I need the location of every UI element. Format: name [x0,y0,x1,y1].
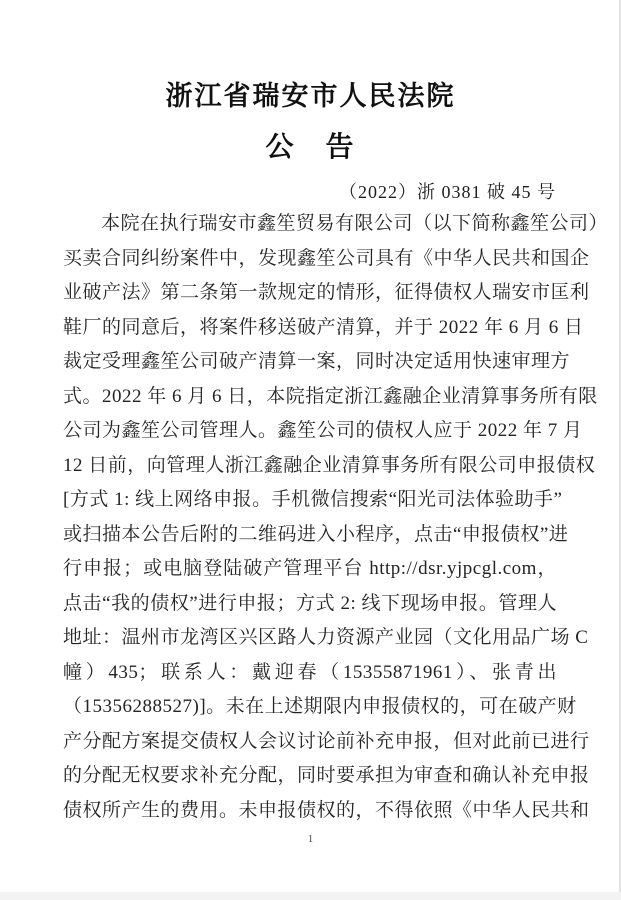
body-line: 12 日前，向管理人浙江鑫融企业清算事务所有限公司申报债权 [63,449,557,484]
page-number: 1 [0,833,621,845]
body-line: 点击“我的债权”进行申报；方式 2: 线下现场申报。管理人 [63,587,557,622]
body-line: 裁定受理鑫笙公司破产清算一案，同时决定适用快速审理方 [63,345,557,380]
announcement-title: 公 告 [0,132,621,163]
body-line: 业破产法》第二条第一款规定的情形，征得债权人瑞安市匡利 [63,276,557,311]
court-name-heading: 浙江省瑞安市人民法院 [0,0,621,112]
body-line: 鞋厂的同意后，将案件移送破产清算，并于 2022 年 6 月 6 日 [63,311,557,346]
body-line: 产分配方案提交债权人会议讨论前补充申报，但对此前已进行 [63,725,557,760]
body-line: 行申报；或电脑登陆破产管理平台 http://dsr.yjpcgl.com， [63,552,557,587]
body-line: 本院在执行瑞安市鑫笙贸易有限公司（以下简称鑫笙公司） [63,207,557,242]
page-bottom-edge [0,892,621,900]
announcement-body: 本院在执行瑞安市鑫笙贸易有限公司（以下简称鑫笙公司）买卖合同纠纷案件中，发现鑫笙… [0,207,621,828]
body-line: 债权所产生的费用。未申报债权的，不得依照《中华人民共和 [63,794,557,829]
document-page: 浙江省瑞安市人民法院 公 告 （2022）浙 0381 破 45 号 本院在执行… [0,0,621,900]
body-line: 幢）435；联系人：戴迎春（15355871961）、张青出 [63,656,557,691]
body-line: 买卖合同纠纷案件中，发现鑫笙公司具有《中华人民共和国企 [63,242,557,277]
body-line: 公司为鑫笙公司管理人。鑫笙公司的债权人应于 2022 年 7 月 [63,414,557,449]
case-number: （2022）浙 0381 破 45 号 [0,180,621,204]
body-line: 的分配无权要求补充分配，同时要承担为审查和确认补充申报 [63,759,557,794]
body-line: 式。2022 年 6 月 6 日，本院指定浙江鑫融企业清算事务所有限 [63,380,557,415]
body-line: （15356288527)]。未在上述期限内申报债权的，可在破产财 [63,690,557,725]
body-line: 或扫描本公告后附的二维码进入小程序，点击“申报债权”进 [63,518,557,553]
body-line: 地址：温州市龙湾区兴区路人力资源产业园（文化用品广场 C [63,621,557,656]
body-line: [方式 1: 线上网络申报。手机微信搜索“阳光司法体验助手” [63,483,557,518]
